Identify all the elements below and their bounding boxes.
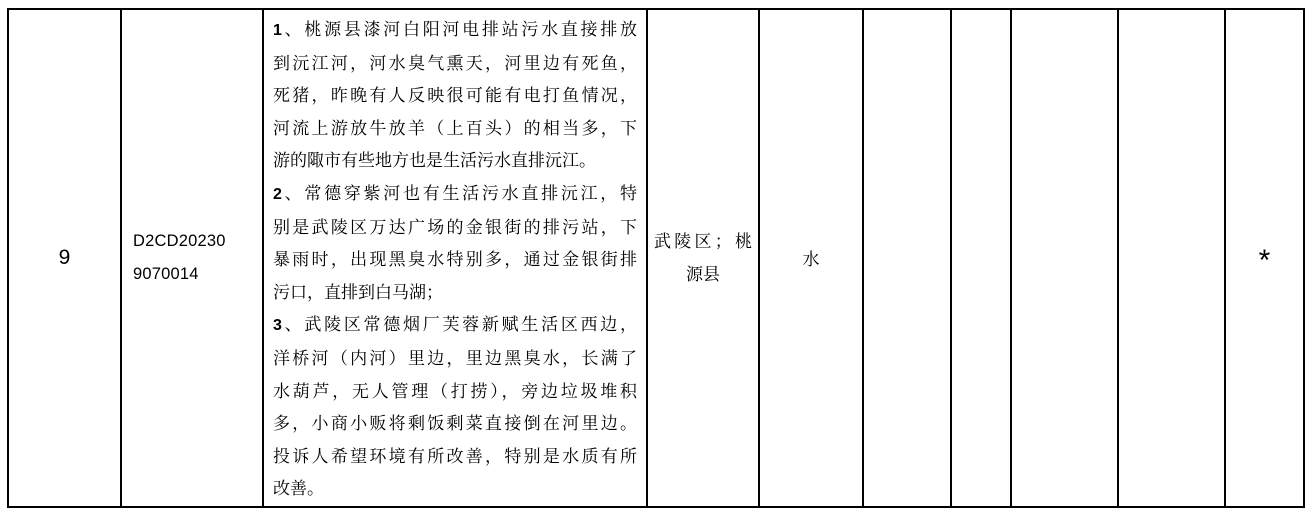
region-text: 武陵区；桃源县 (648, 225, 758, 291)
cell-region: 武陵区；桃源县 (647, 9, 759, 507)
complaint-table: 9 D2CD202309070014 1、桃源县漆河白阳河电排站污水直接排放到沅… (7, 8, 1305, 508)
table-row: 9 D2CD202309070014 1、桃源县漆河白阳河电排站污水直接排放到沅… (8, 9, 1304, 507)
complaint-code: D2CD202309070014 (133, 225, 226, 291)
cell-empty-1 (863, 9, 951, 507)
cell-complaint-code: D2CD202309070014 (121, 9, 263, 507)
cell-empty-3 (1011, 9, 1118, 507)
cell-empty-4 (1118, 9, 1225, 507)
cell-empty-2 (951, 9, 1011, 507)
cell-seq-number: 9 (8, 9, 121, 507)
cell-pollution-type: 水 (759, 9, 863, 507)
complaint-description: 1、桃源县漆河白阳河电排站污水直接排放到沅江河，河水臭气熏天，河里边有死鱼，死猪… (264, 10, 646, 506)
document-page: 9 D2CD202309070014 1、桃源县漆河白阳河电排站污水直接排放到沅… (0, 0, 1310, 515)
star-flag: * (1259, 253, 1271, 269)
cell-complaint-description: 1、桃源县漆河白阳河电排站污水直接排放到沅江河，河水臭气熏天，河里边有死鱼，死猪… (263, 9, 647, 507)
cell-star-flag: * (1225, 9, 1304, 507)
pollution-type: 水 (803, 250, 820, 269)
seq-number: 9 (59, 246, 71, 269)
